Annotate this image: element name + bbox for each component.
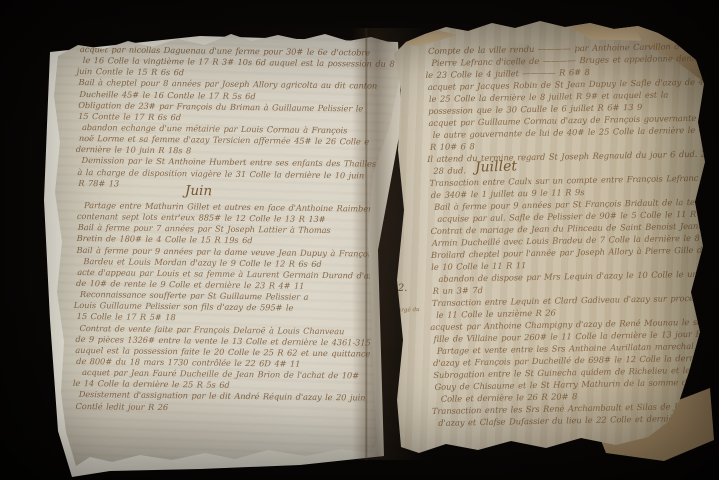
left-page-text: acquet par nicollas Daguenau d'une ferme…	[75, 45, 379, 416]
month-heading-juin: Juin	[185, 183, 212, 199]
month-heading-juillet: Juillet	[475, 158, 518, 175]
manuscript-photo: acquet par nicollas Daguenau d'une ferme…	[0, 0, 719, 480]
red-fleck	[37, 114, 41, 119]
manuscript-line: Contlé ledit jour R 26	[76, 401, 375, 416]
right-page-text: Compte de la ville rendu ———— par Anthoi…	[427, 42, 714, 431]
folio-mark: f 2.	[391, 283, 407, 294]
